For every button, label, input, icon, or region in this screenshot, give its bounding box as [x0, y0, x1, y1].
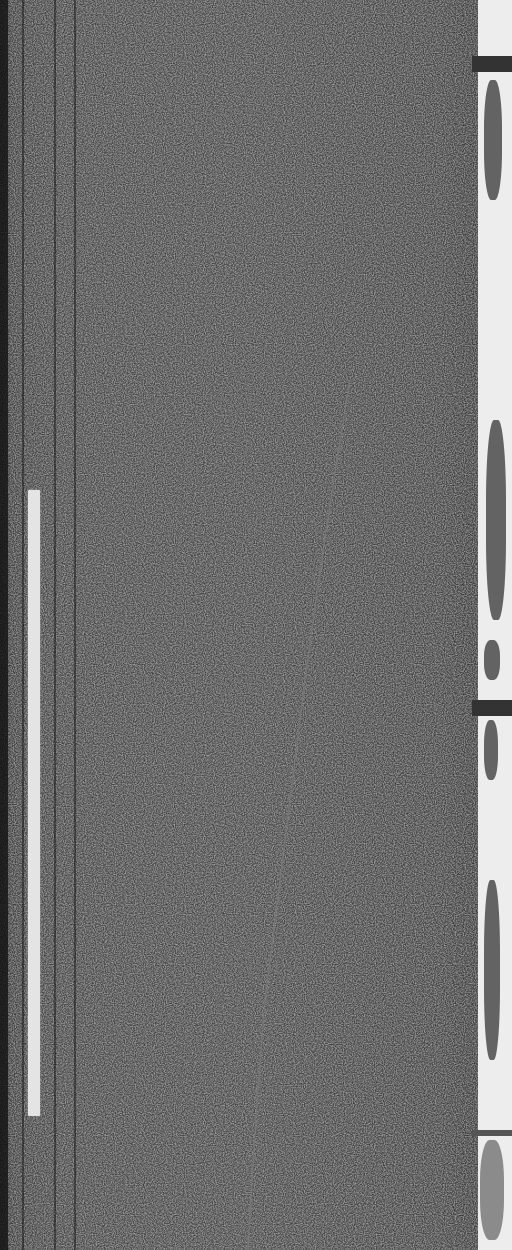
road-photo	[0, 0, 512, 1250]
curb-stain	[480, 1140, 504, 1240]
curb-stain	[484, 640, 500, 680]
curb-stain	[484, 880, 500, 1060]
curb-seam	[472, 1130, 512, 1136]
curb-stain	[484, 80, 502, 200]
road-crack	[0, 0, 512, 1250]
curb-stain	[484, 720, 498, 780]
curb-stain	[486, 420, 506, 620]
curb-seam	[472, 700, 512, 716]
curb-seam	[472, 56, 512, 72]
